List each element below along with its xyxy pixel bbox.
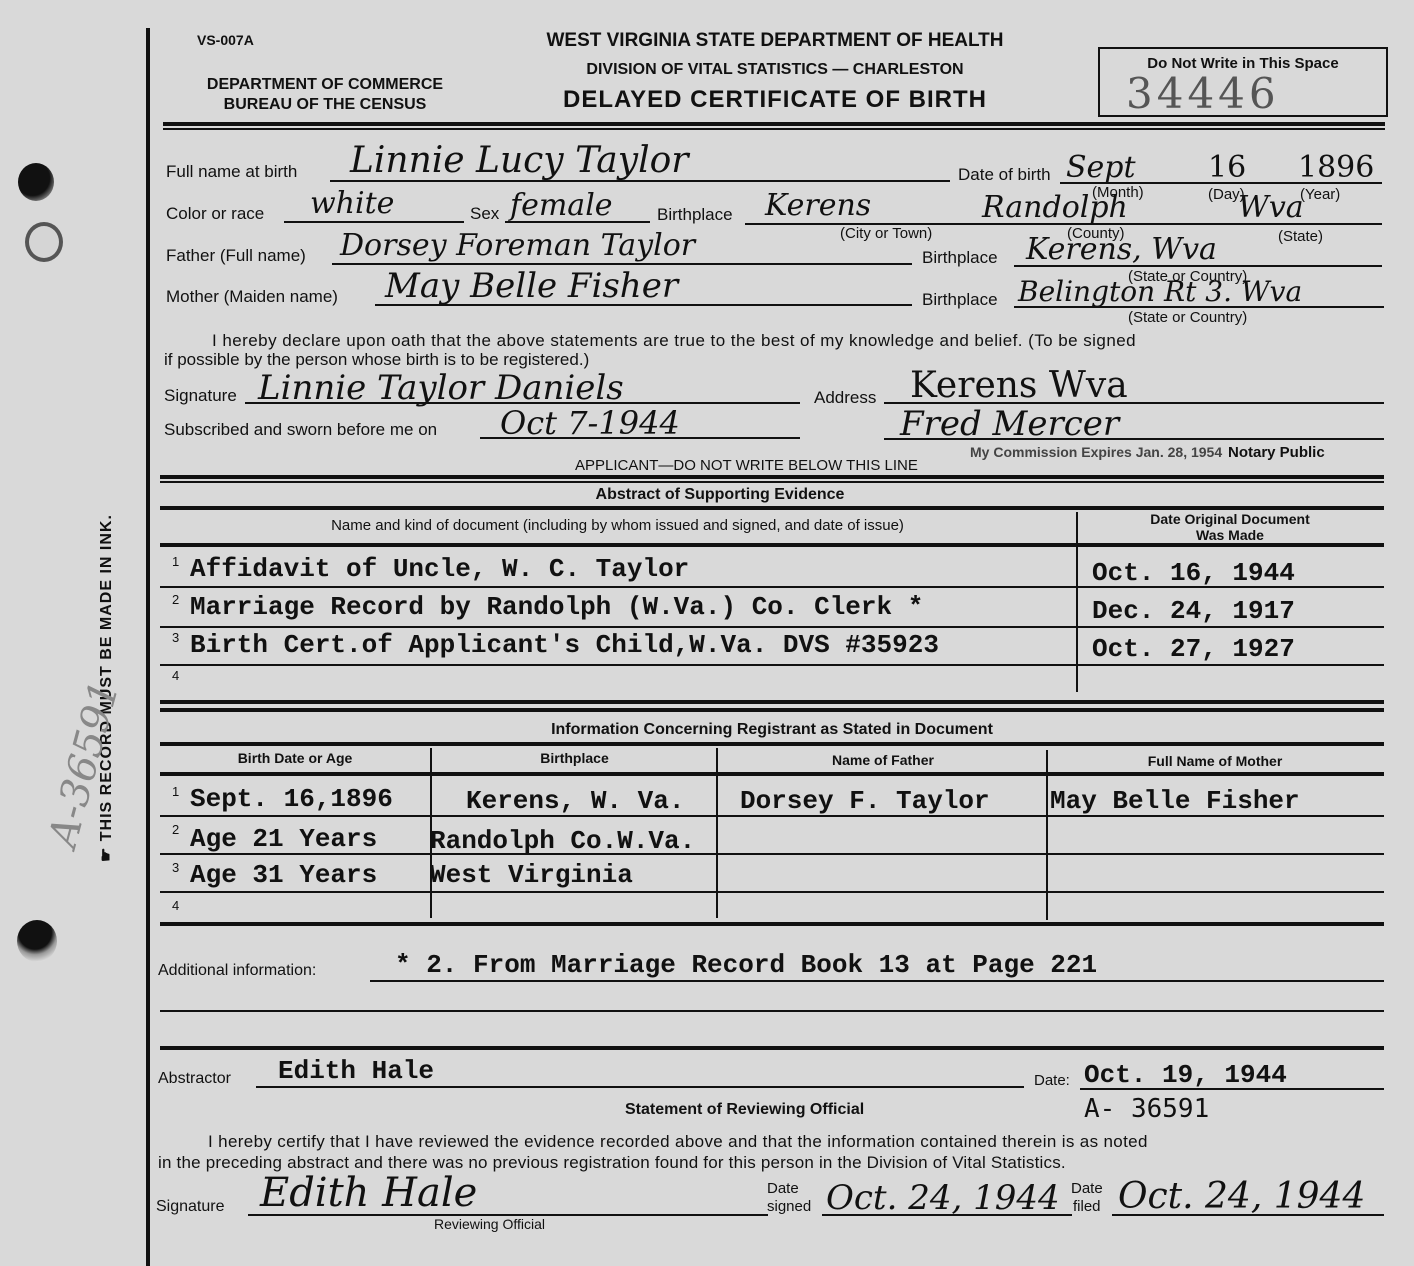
evidence-document: Marriage Record by Randolph (W.Va.) Co. …: [190, 592, 923, 622]
abstract-date-label: Date:: [1034, 1072, 1070, 1089]
city-caption: (City or Town): [840, 225, 932, 242]
table-row: 3 Birth Cert.of Applicant's Child,W.Va. …: [160, 628, 1384, 664]
address-label: Address: [814, 388, 876, 408]
table-row: 1 Affidavit of Uncle, W. C. Taylor Oct. …: [160, 552, 1384, 588]
rule: [160, 815, 1384, 817]
reviewer-signature-label: Signature: [156, 1198, 225, 1216]
row-number: 2: [172, 822, 179, 837]
info-col-place: Birthplace: [432, 750, 717, 766]
full-name-label: Full name at birth: [166, 162, 297, 182]
info-birth: Sept. 16,1896: [190, 784, 393, 814]
evidence-document: Birth Cert.of Applicant's Child,W.Va. DV…: [190, 630, 939, 660]
info-birth: Age 31 Years: [190, 860, 377, 890]
sworn-date-field[interactable]: Oct 7-1944: [500, 404, 680, 442]
mother-field[interactable]: May Belle Fisher: [385, 266, 678, 306]
rule: [160, 543, 1384, 547]
rule: [160, 700, 1384, 704]
punch-hole: [25, 222, 63, 262]
office-box-number: 34446: [1126, 69, 1280, 118]
rule: [160, 742, 1384, 746]
evidence-col-date-2: Was Made: [1080, 527, 1380, 543]
additional-info-field[interactable]: * 2. From Marriage Record Book 13 at Pag…: [395, 950, 1097, 980]
notary-signature: Fred Mercer: [900, 404, 1119, 444]
rule: [160, 922, 1384, 926]
abstractor-name-field[interactable]: Edith Hale: [278, 1056, 434, 1086]
date-signed-label: Date: [767, 1180, 799, 1197]
info-place: Kerens, W. Va.: [466, 786, 684, 816]
rule: [163, 122, 1385, 126]
date-signed-label-2: signed: [767, 1198, 811, 1215]
evidence-col-date: Date Original Document: [1080, 511, 1380, 527]
sworn-label: Subscribed and sworn before me on: [164, 420, 437, 440]
margin-rule: [146, 28, 150, 1266]
evidence-date: Oct. 16, 1944: [1092, 558, 1295, 588]
reviewer-signature-field[interactable]: Edith Hale: [260, 1170, 477, 1216]
signature-label: Signature: [164, 386, 237, 406]
info-father: Dorsey F. Taylor: [740, 786, 990, 816]
birthplace-label: Birthplace: [657, 205, 733, 225]
info-place: West Virginia: [430, 860, 633, 890]
rule: [256, 1086, 1024, 1088]
state-caption: (State): [1278, 228, 1323, 245]
rule: [160, 708, 1384, 712]
mother-label: Mother (Maiden name): [166, 287, 338, 307]
date-filed-field[interactable]: Oct. 24, 1944: [1118, 1176, 1365, 1217]
row-number: 4: [172, 668, 179, 683]
father-birthplace-label: Birthplace: [922, 248, 998, 268]
father-label: Father (Full name): [166, 246, 306, 266]
row-number: 3: [172, 630, 179, 645]
division: DIVISION OF VITAL STATISTICS — CHARLESTO…: [520, 61, 1030, 79]
additional-info-label: Additional information:: [158, 962, 316, 980]
table-row: 3 Age 31 Years West Virginia: [160, 858, 1384, 896]
rule: [160, 506, 1384, 510]
row-number: 2: [172, 592, 179, 607]
oath-text-continued: if possible by the person whose birth is…: [164, 350, 589, 370]
punch-hole: [18, 163, 54, 201]
dob-label: Date of birth: [958, 165, 1051, 185]
evidence-document: Affidavit of Uncle, W. C. Taylor: [190, 554, 689, 584]
table-row: 4: [160, 666, 1384, 696]
date-filed-label: Date: [1071, 1180, 1103, 1197]
evidence-section-title: Abstract of Supporting Evidence: [160, 486, 1280, 504]
sex-label: Sex: [470, 204, 499, 224]
rule: [370, 980, 1384, 982]
full-name-field[interactable]: Linnie Lucy Taylor: [350, 140, 689, 181]
birthplace-state-field[interactable]: Wva: [1238, 190, 1304, 225]
rule: [160, 1010, 1384, 1012]
applicant-signature-field[interactable]: Linnie Taylor Daniels: [258, 368, 624, 408]
table-row: 1 Sept. 16,1896 Kerens, W. Va. Dorsey F.…: [160, 782, 1384, 820]
dob-year-field[interactable]: 1896: [1298, 150, 1374, 185]
state-dept: WEST VIRGINIA STATE DEPARTMENT OF HEALTH: [520, 30, 1030, 52]
info-col-father: Name of Father: [718, 752, 1048, 768]
evidence-date: Dec. 24, 1917: [1092, 596, 1295, 626]
rule: [160, 853, 1384, 855]
date-signed-field[interactable]: Oct. 24, 1944: [826, 1178, 1060, 1218]
notary-label: Notary Public: [1228, 444, 1325, 461]
rule: [160, 481, 1384, 483]
form-code: VS-007A: [197, 32, 254, 48]
abstract-date-field[interactable]: Oct. 19, 1944: [1084, 1060, 1287, 1090]
evidence-date: Oct. 27, 1927: [1092, 634, 1295, 664]
info-mother: May Belle Fisher: [1050, 786, 1300, 816]
table-row: 4: [160, 896, 1384, 922]
rule: [332, 263, 912, 265]
page-title: DELAYED CERTIFICATE OF BIRTH: [520, 86, 1030, 114]
info-section-title: Information Concerning Registrant as Sta…: [160, 721, 1384, 739]
mother-birthplace-field[interactable]: Belington Rt 3. Wva: [1018, 275, 1302, 308]
rule: [160, 1046, 1384, 1050]
row-number: 1: [172, 784, 179, 799]
reviewer-signature-caption: Reviewing Official: [434, 1216, 545, 1232]
office-use-box: Do Not Write in This Space 34446: [1098, 47, 1388, 117]
rule: [160, 475, 1384, 479]
table-row: 2 Marriage Record by Randolph (W.Va.) Co…: [160, 590, 1384, 626]
bureau-census: BUREAU OF THE CENSUS: [190, 96, 460, 114]
birthplace-county-field[interactable]: Randolph: [982, 190, 1128, 225]
rule: [160, 891, 1384, 893]
notary-stamp: My Commission Expires Jan. 28, 1954: [970, 444, 1222, 460]
info-col-mother: Full Name of Mother: [1048, 753, 1382, 769]
rule: [160, 586, 1384, 588]
info-place: Randolph Co.W.Va.: [430, 826, 695, 856]
race-label: Color or race: [166, 204, 264, 224]
date-filed-label-2: filed: [1073, 1198, 1101, 1215]
address-field[interactable]: Kerens Wva: [910, 365, 1128, 406]
punch-hole: [17, 920, 57, 962]
race-field[interactable]: white: [310, 186, 394, 221]
info-col-birth: Birth Date or Age: [160, 750, 430, 766]
dob-month-field[interactable]: Sept: [1066, 150, 1136, 185]
rule: [163, 128, 1385, 130]
row-number: 1: [172, 554, 179, 569]
rule: [160, 772, 1384, 776]
mother-birthplace-label: Birthplace: [922, 290, 998, 310]
father-birthplace-field[interactable]: Kerens, Wva: [1026, 232, 1217, 267]
row-number: 4: [172, 898, 179, 913]
rule: [284, 221, 464, 223]
evidence-col-document: Name and kind of document (including by …: [160, 517, 1075, 534]
dob-day-field[interactable]: 16: [1208, 150, 1246, 185]
info-birth: Age 21 Years: [190, 824, 377, 854]
mother-birthplace-caption: (State or Country): [1128, 309, 1247, 326]
birthplace-city-field[interactable]: Kerens: [765, 188, 871, 223]
certificate-number: A- 36591: [1084, 1094, 1209, 1124]
sex-field[interactable]: female: [510, 188, 613, 223]
table-row: 2 Age 21 Years Randolph Co.W.Va.: [160, 820, 1384, 858]
review-section-title: Statement of Reviewing Official: [625, 1101, 864, 1119]
review-statement: I hereby certify that I have reviewed th…: [208, 1132, 1148, 1152]
year-caption: (Year): [1300, 186, 1340, 203]
father-field[interactable]: Dorsey Foreman Taylor: [340, 228, 695, 263]
dept-commerce: DEPARTMENT OF COMMERCE: [190, 76, 460, 94]
abstractor-label: Abstractor: [158, 1070, 231, 1088]
oath-text: I hereby declare upon oath that the abov…: [212, 331, 1136, 351]
applicant-line-notice: APPLICANT—DO NOT WRITE BELOW THIS LINE: [575, 457, 918, 474]
row-number: 3: [172, 860, 179, 875]
